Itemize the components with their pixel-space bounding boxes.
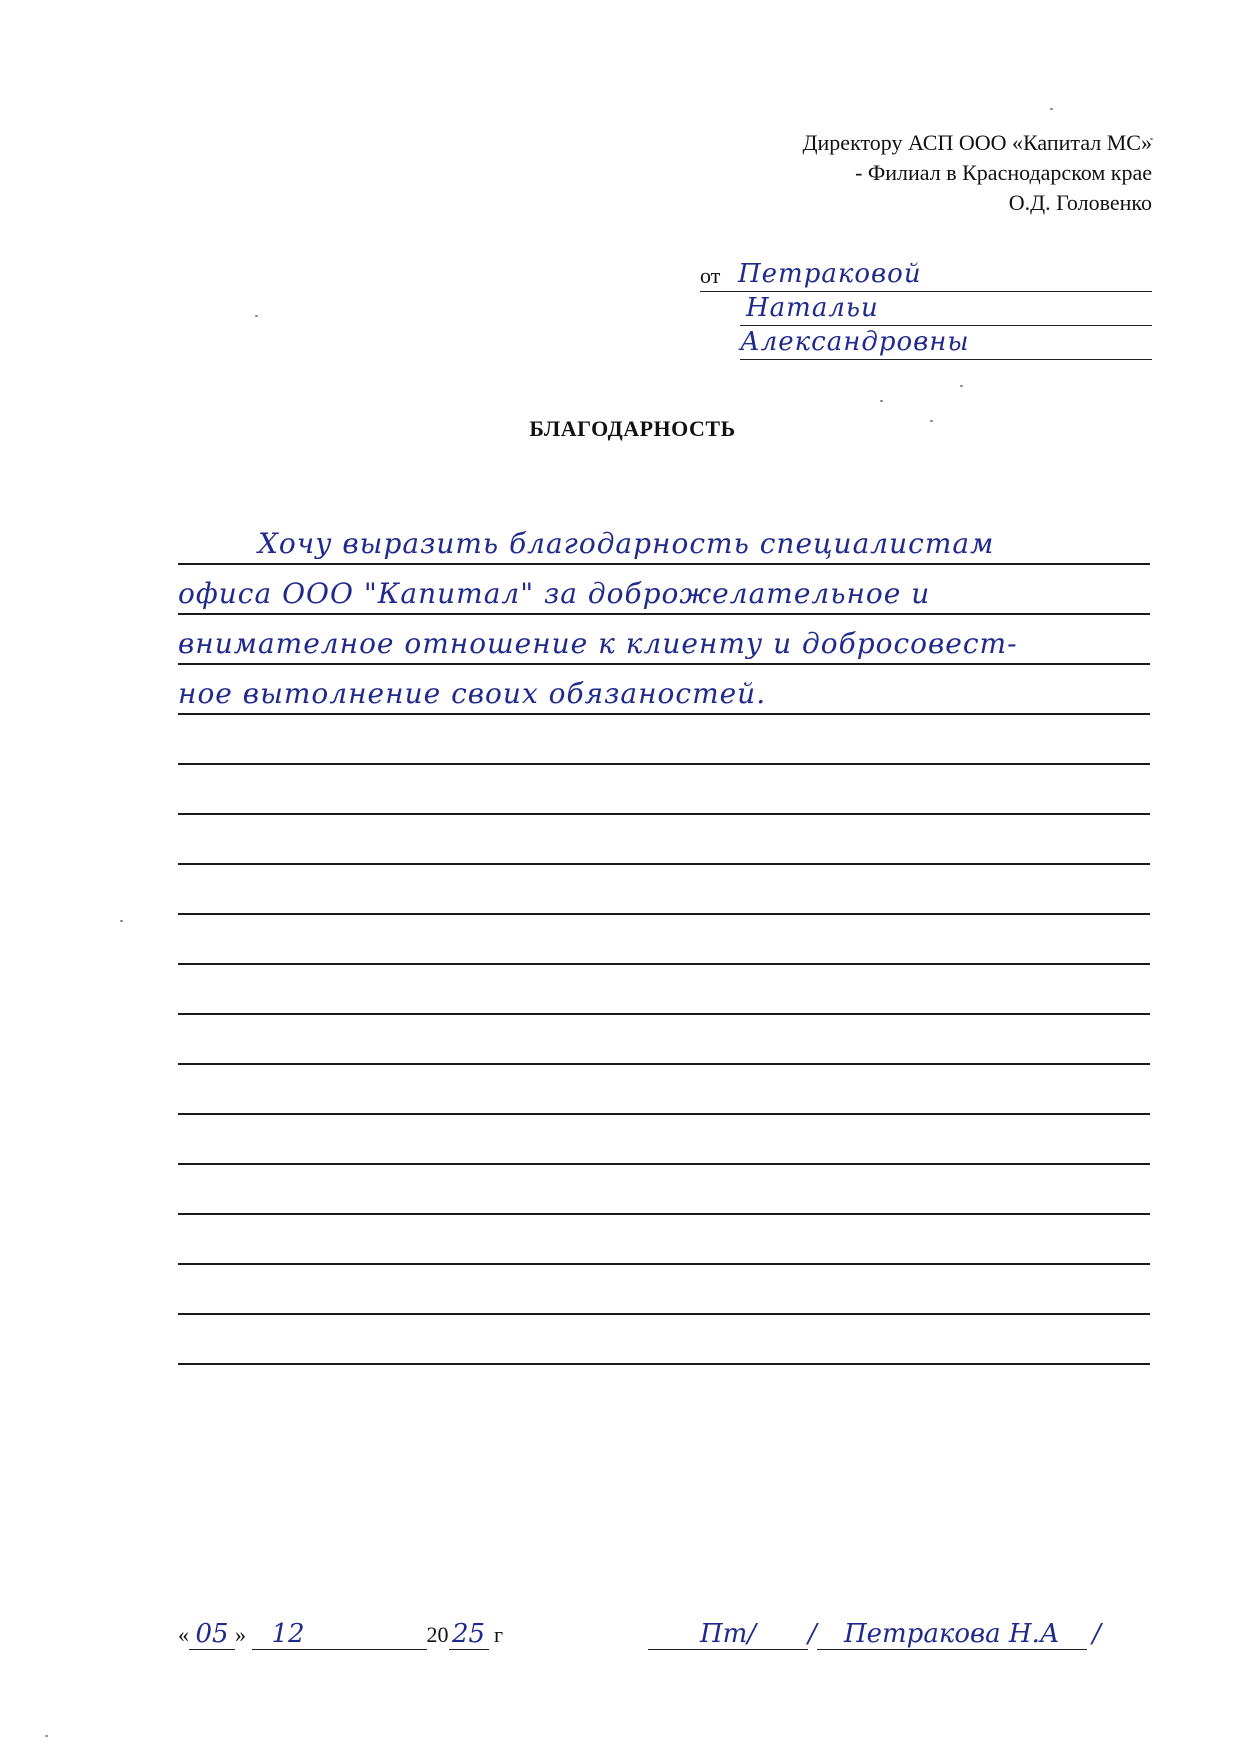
date-day: 05 [189,1619,235,1650]
date-month: 12 [252,1619,427,1650]
ruled-line [178,1065,1150,1115]
ruled-line: внимателное отношение к клиенту и доброс… [178,615,1150,665]
ruled-line: офиса ООО "Капитал" за доброжелательное … [178,565,1150,615]
document-title: БЛАГОДАРНОСТЬ [0,416,1240,442]
scan-speck [960,385,963,387]
ruled-line [178,765,1150,815]
sender-surname: Петраковой [738,259,922,289]
footer: «05» 122025 г Пт//Петракова Н.А / [178,1590,1150,1650]
ruled-line [178,1265,1150,1315]
sender-patronymic: Александровны [740,327,970,357]
ruled-line [178,915,1150,965]
sender-line-2: Натальи [740,292,1152,326]
scan-speck [930,420,933,422]
ruled-line: ное вытолнение своих обязаностей. [178,665,1150,715]
ruled-line [178,965,1150,1015]
handwritten-text: офиса ООО "Капитал" за доброжелательное … [178,577,930,610]
sender-line-1: от Петраковой [700,258,1152,292]
scan-speck [1050,108,1053,110]
scan-speck [45,1735,48,1737]
separator-right: / [1092,1619,1101,1649]
handwritten-text: внимателное отношение к клиенту и доброс… [178,627,1018,660]
year-unit: г [494,1622,503,1647]
year-prefix: 20 [427,1622,449,1647]
ruled-line [178,715,1150,765]
addressee-line-1: Директору АСП ООО «Капитал МС» [803,128,1152,158]
body-ruled-lines: Хочу выразить благодарность специалистам… [178,515,1150,1365]
ruled-line [178,815,1150,865]
quote-open: « [178,1622,189,1647]
quote-close: » [235,1622,246,1647]
date-field: «05» 122025 г [178,1619,503,1650]
ruled-line: Хочу выразить благодарность специалистам [178,515,1150,565]
handwritten-text: Хочу выразить благодарность специалистам [258,527,994,560]
year-suffix: 25 [449,1619,489,1650]
addressee-line-2: - Филиал в Краснодарском крае [803,158,1152,188]
signer-name: Петракова Н.А [817,1619,1087,1650]
signature-field: Пт//Петракова Н.А / [648,1619,1101,1650]
sender-line-3: Александровны [740,326,1152,360]
separator-left: / [808,1619,817,1649]
signature: Пт/ [648,1619,808,1650]
scan-speck [880,400,883,402]
sender-block: от Петраковой Натальи Александровны [700,258,1152,360]
scan-speck [255,315,258,317]
scan-speck [120,920,123,922]
sender-first-name: Натальи [746,293,879,323]
addressee-line-3: О.Д. Головенко [803,188,1152,218]
ruled-line [178,1315,1150,1365]
sender-label: от [700,263,720,289]
ruled-line [178,1115,1150,1165]
addressee-block: Директору АСП ООО «Капитал МС» - Филиал … [803,128,1152,218]
ruled-line [178,1165,1150,1215]
scan-speck [1150,138,1153,140]
handwritten-text: ное вытолнение своих обязаностей. [178,677,766,710]
ruled-line [178,865,1150,915]
ruled-line [178,1215,1150,1265]
ruled-line [178,1015,1150,1065]
